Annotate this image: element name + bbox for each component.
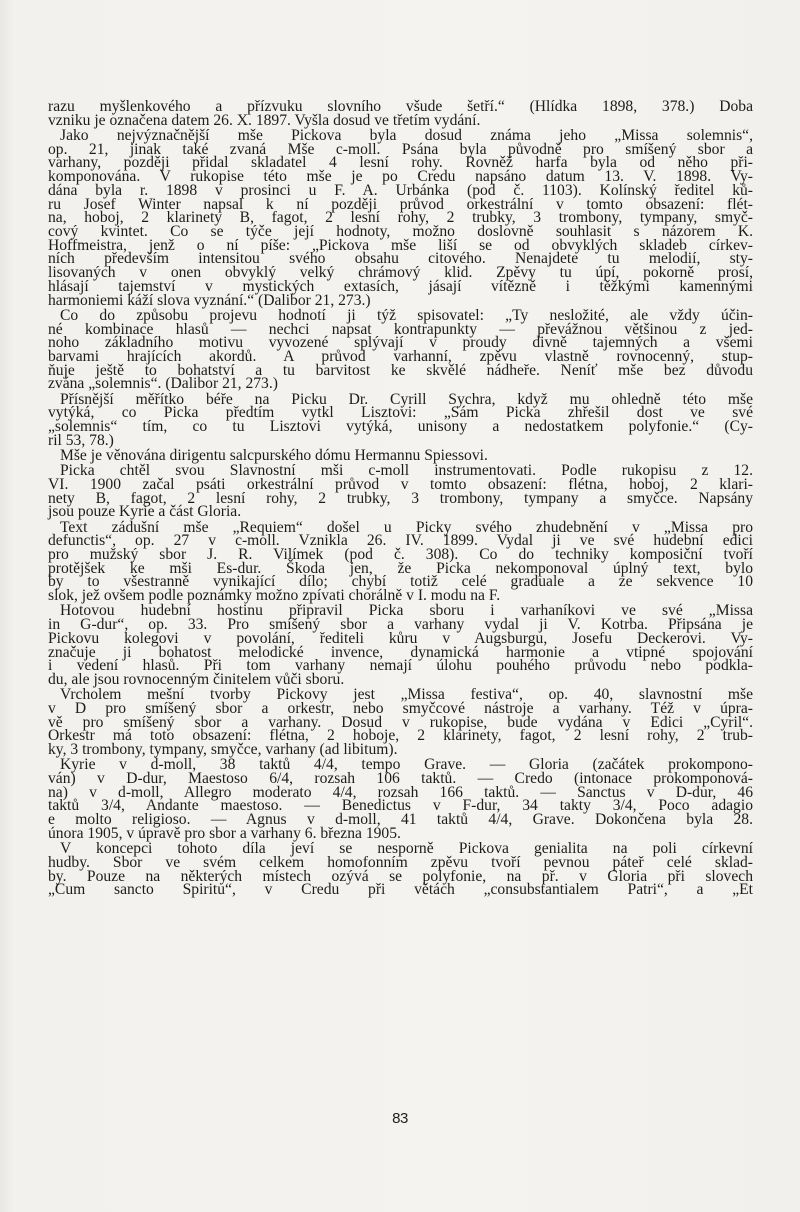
text-line: jsou pouze Kyrie a část Gloria. xyxy=(48,505,753,519)
page-body-text: razu myšlenkového a přízvuku slovního vš… xyxy=(48,100,753,897)
text-line: ky, 3 trombony, tympany, smyčce, varhany… xyxy=(48,743,753,757)
paragraph: Mše je věnována dirigentu salcpurského d… xyxy=(48,449,753,463)
paragraph: Co do způsobu projevu hodnotí ji týž spi… xyxy=(48,309,753,391)
paragraph: Kyrie v d-moll, 38 taktů 4/4, tempo Grav… xyxy=(48,758,753,840)
paragraph: Jako nejvýznačnější mše Pickova byla dos… xyxy=(48,129,753,307)
paragraph: Přísnější měřítko béře na Picku Dr. Cyri… xyxy=(48,393,753,448)
text-line: vzniku je označena datem 26. X. 1897. Vy… xyxy=(48,114,753,128)
text-line: slok, jež ovšem podle poznámky možno zpí… xyxy=(48,589,753,603)
text-line: „Cum sancto Spiritu“, v Credu při větách… xyxy=(48,883,753,897)
paragraph: Text zádušní mše „Requiem“ došel u Picky… xyxy=(48,521,753,603)
book-page: razu myšlenkového a přízvuku slovního vš… xyxy=(0,0,800,1212)
paragraph: Picka chtěl svou Slavnostní mši c-moll i… xyxy=(48,464,753,519)
page-number: 83 xyxy=(0,1110,800,1127)
text-line: zvána „solemnis“. (Dalibor 21, 273.) xyxy=(48,377,753,391)
paragraph: V koncepci tohoto díla jeví se nesporně … xyxy=(48,842,753,897)
text-line: harmoniemi káží slova vyznání.“ (Dalibor… xyxy=(48,294,753,308)
text-line: února 1905, v úpravě pro sbor a varhany … xyxy=(48,827,753,841)
text-line: ril 53, 78.) xyxy=(48,434,753,448)
paragraph: Vrcholem mešní tvorby Pickovy jest „Miss… xyxy=(48,688,753,757)
paragraph: razu myšlenkového a přízvuku slovního vš… xyxy=(48,100,753,127)
paragraph: Hotovou hudební hostinu připravil Picka … xyxy=(48,604,753,686)
text-line: du, ale jsou rovnocenným činitelem vůči … xyxy=(48,673,753,687)
text-line: Mše je věnována dirigentu salcpurského d… xyxy=(48,449,753,463)
text-line: „solemnis“ tím, co tu Lisztovi vytýká, u… xyxy=(48,420,753,434)
